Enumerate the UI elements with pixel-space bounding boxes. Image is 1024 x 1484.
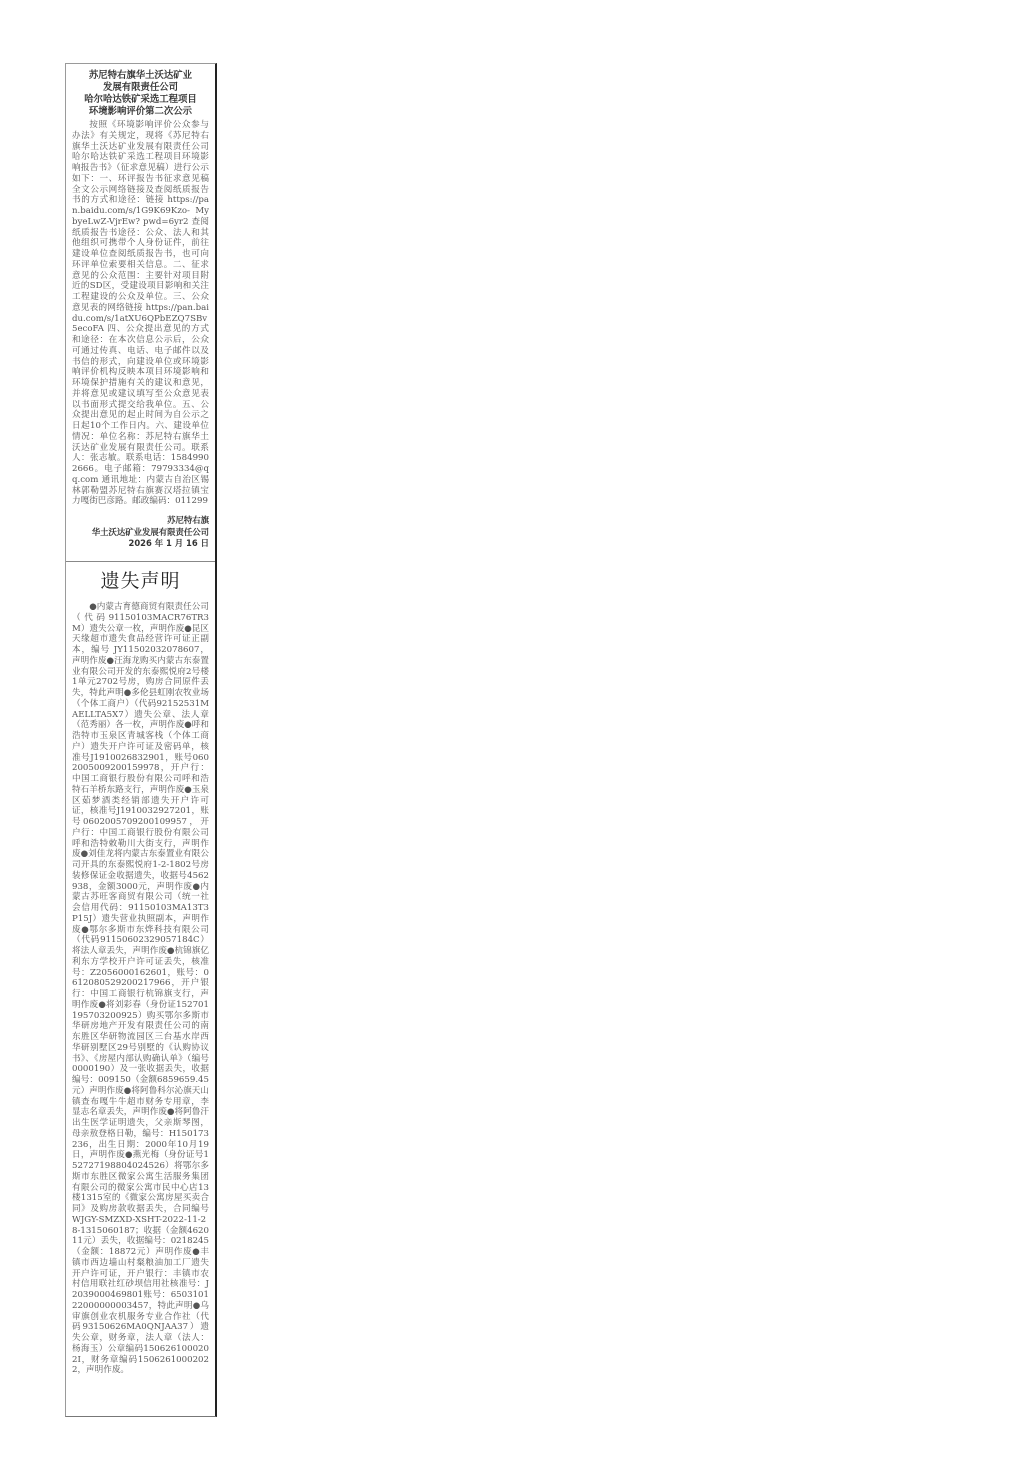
title-line: 环境影响评价第二次公示 bbox=[72, 106, 209, 118]
title-line: 哈尔哈达铁矿采选工程项目 bbox=[72, 94, 209, 106]
title-line: 苏尼特右旗华土沃达矿业 bbox=[72, 70, 209, 82]
signature-date: 2026 年 1 月 16 日 bbox=[72, 538, 209, 550]
title-line: 发展有限责任公司 bbox=[72, 82, 209, 94]
signature-org-line2: 华土沃达矿业发展有限责任公司 bbox=[72, 527, 209, 539]
loss-declaration-title: 遗失声明 bbox=[72, 566, 209, 596]
notice-signature: 苏尼特右旗 华土沃达矿业发展有限责任公司 2026 年 1 月 16 日 bbox=[72, 515, 209, 550]
notice-title: 苏尼特右旗华土沃达矿业 发展有限责任公司 哈尔哈达铁矿采选工程项目 环境影响评价… bbox=[72, 70, 209, 118]
signature-org-line1: 苏尼特右旗 bbox=[72, 515, 209, 527]
loss-declaration-body: ●内蒙古育德商贸有限责任公司（代码91150103MACR76TR3M）遗失公章… bbox=[72, 602, 209, 1376]
classified-ad-column: 苏尼特右旗华土沃达矿业 发展有限责任公司 哈尔哈达铁矿采选工程项目 环境影响评价… bbox=[65, 63, 217, 1417]
section-divider bbox=[66, 561, 215, 562]
environmental-impact-notice: 苏尼特右旗华土沃达矿业 发展有限责任公司 哈尔哈达铁矿采选工程项目 环境影响评价… bbox=[66, 64, 215, 550]
notice-body: 按照《环境影响评价公众参与办法》有关规定，现将《苏尼特右旗华土沃达矿业发展有限责… bbox=[72, 120, 209, 507]
loss-declaration-notice: 遗失声明 ●内蒙古育德商贸有限责任公司（代码91150103MACR76TR3M… bbox=[66, 564, 215, 1376]
